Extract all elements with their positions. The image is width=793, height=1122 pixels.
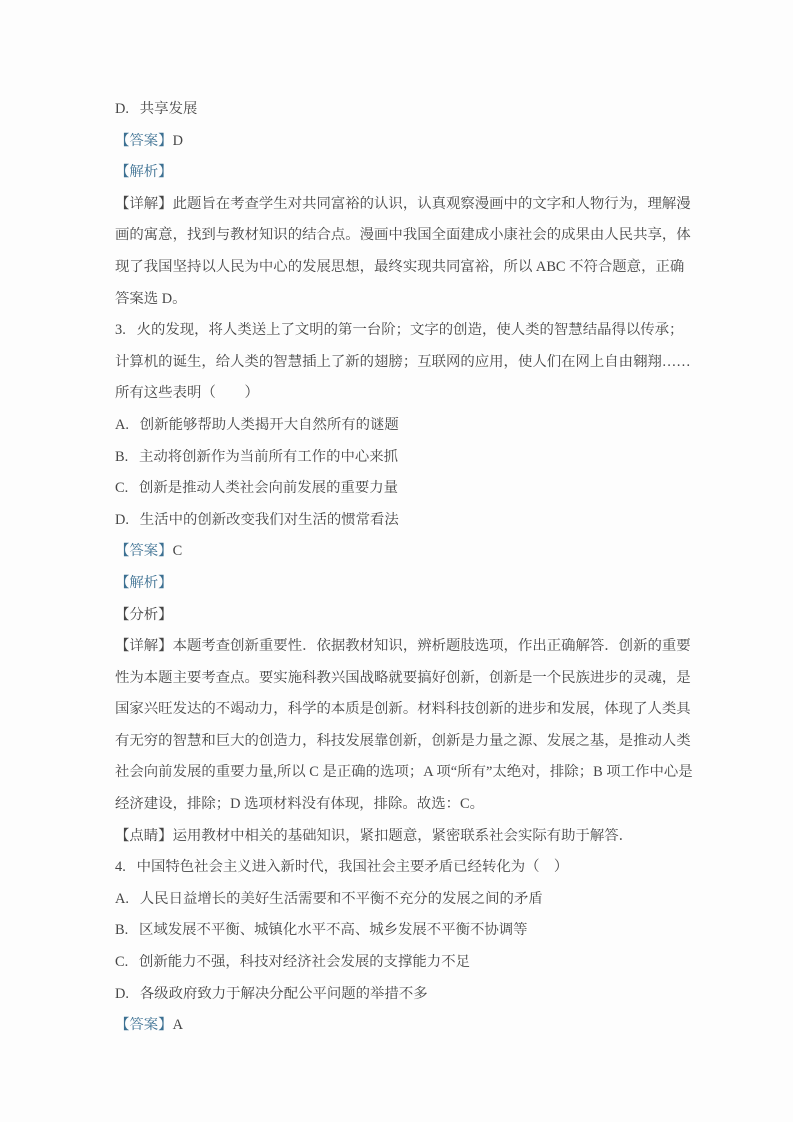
q3-detail-paragraph: 【详解】本题考查创新重要性．依据教材知识，辨析题肢选项，作出正确解答．创新的重要…: [115, 631, 693, 821]
q3-stem: 3. 火的发现，将人类送上了文明的第一台阶；文字的创造，使人类的智慧结晶得以传承…: [115, 315, 693, 410]
q4-answer-value: A: [173, 1017, 183, 1033]
q3-answer-line: 【答案】C: [115, 536, 693, 568]
q2-option-d: D. 共享发展: [115, 94, 693, 126]
q3-answer-value: C: [173, 543, 183, 559]
q4-option-d: D. 各级政府致力于解决分配公平问题的举措不多: [115, 979, 693, 1011]
q3-dianjing-paragraph: 【点睛】运用教材中相关的基础知识，紧扣题意，紧密联系社会实际有助于解答．: [115, 821, 693, 853]
q2-answer-line: 【答案】D: [115, 126, 693, 158]
q3-option-c: C. 创新是推动人类社会向前发展的重要力量: [115, 473, 693, 505]
document-content: D. 共享发展 【答案】D 【解析】 【详解】此题旨在考查学生对共同富裕的认识，…: [115, 94, 693, 1042]
q3-option-b: B. 主动将创新作为当前所有工作的中心来抓: [115, 442, 693, 474]
q4-answer-label: 【答案】: [115, 1017, 173, 1033]
q2-detail-paragraph: 【详解】此题旨在考查学生对共同富裕的认识，认真观察漫画中的文字和人物行为，理解漫…: [115, 189, 693, 315]
q3-fenxi-label: 【分析】: [115, 600, 693, 632]
q3-jiexi-label: 【解析】: [115, 568, 693, 600]
q4-stem: 4. 中国特色社会主义进入新时代，我国社会主要矛盾已经转化为（ ）: [115, 852, 693, 884]
q2-jiexi-label: 【解析】: [115, 157, 693, 189]
q3-option-a: A. 创新能够帮助人类揭开大自然所有的谜题: [115, 410, 693, 442]
document-page: D. 共享发展 【答案】D 【解析】 【详解】此题旨在考查学生对共同富裕的认识，…: [0, 0, 793, 1122]
q4-option-b: B. 区域发展不平衡、城镇化水平不高、城乡发展不平衡不协调等: [115, 915, 693, 947]
q2-answer-label: 【答案】: [115, 133, 173, 149]
q4-option-c: C. 创新能力不强，科技对经济社会发展的支撑能力不足: [115, 947, 693, 979]
q4-option-a: A. 人民日益增长的美好生活需要和不平衡不充分的发展之间的矛盾: [115, 884, 693, 916]
q3-answer-label: 【答案】: [115, 543, 173, 559]
q3-option-d: D. 生活中的创新改变我们对生活的惯常看法: [115, 505, 693, 537]
q2-answer-value: D: [173, 133, 183, 149]
q4-answer-line: 【答案】A: [115, 1010, 693, 1042]
